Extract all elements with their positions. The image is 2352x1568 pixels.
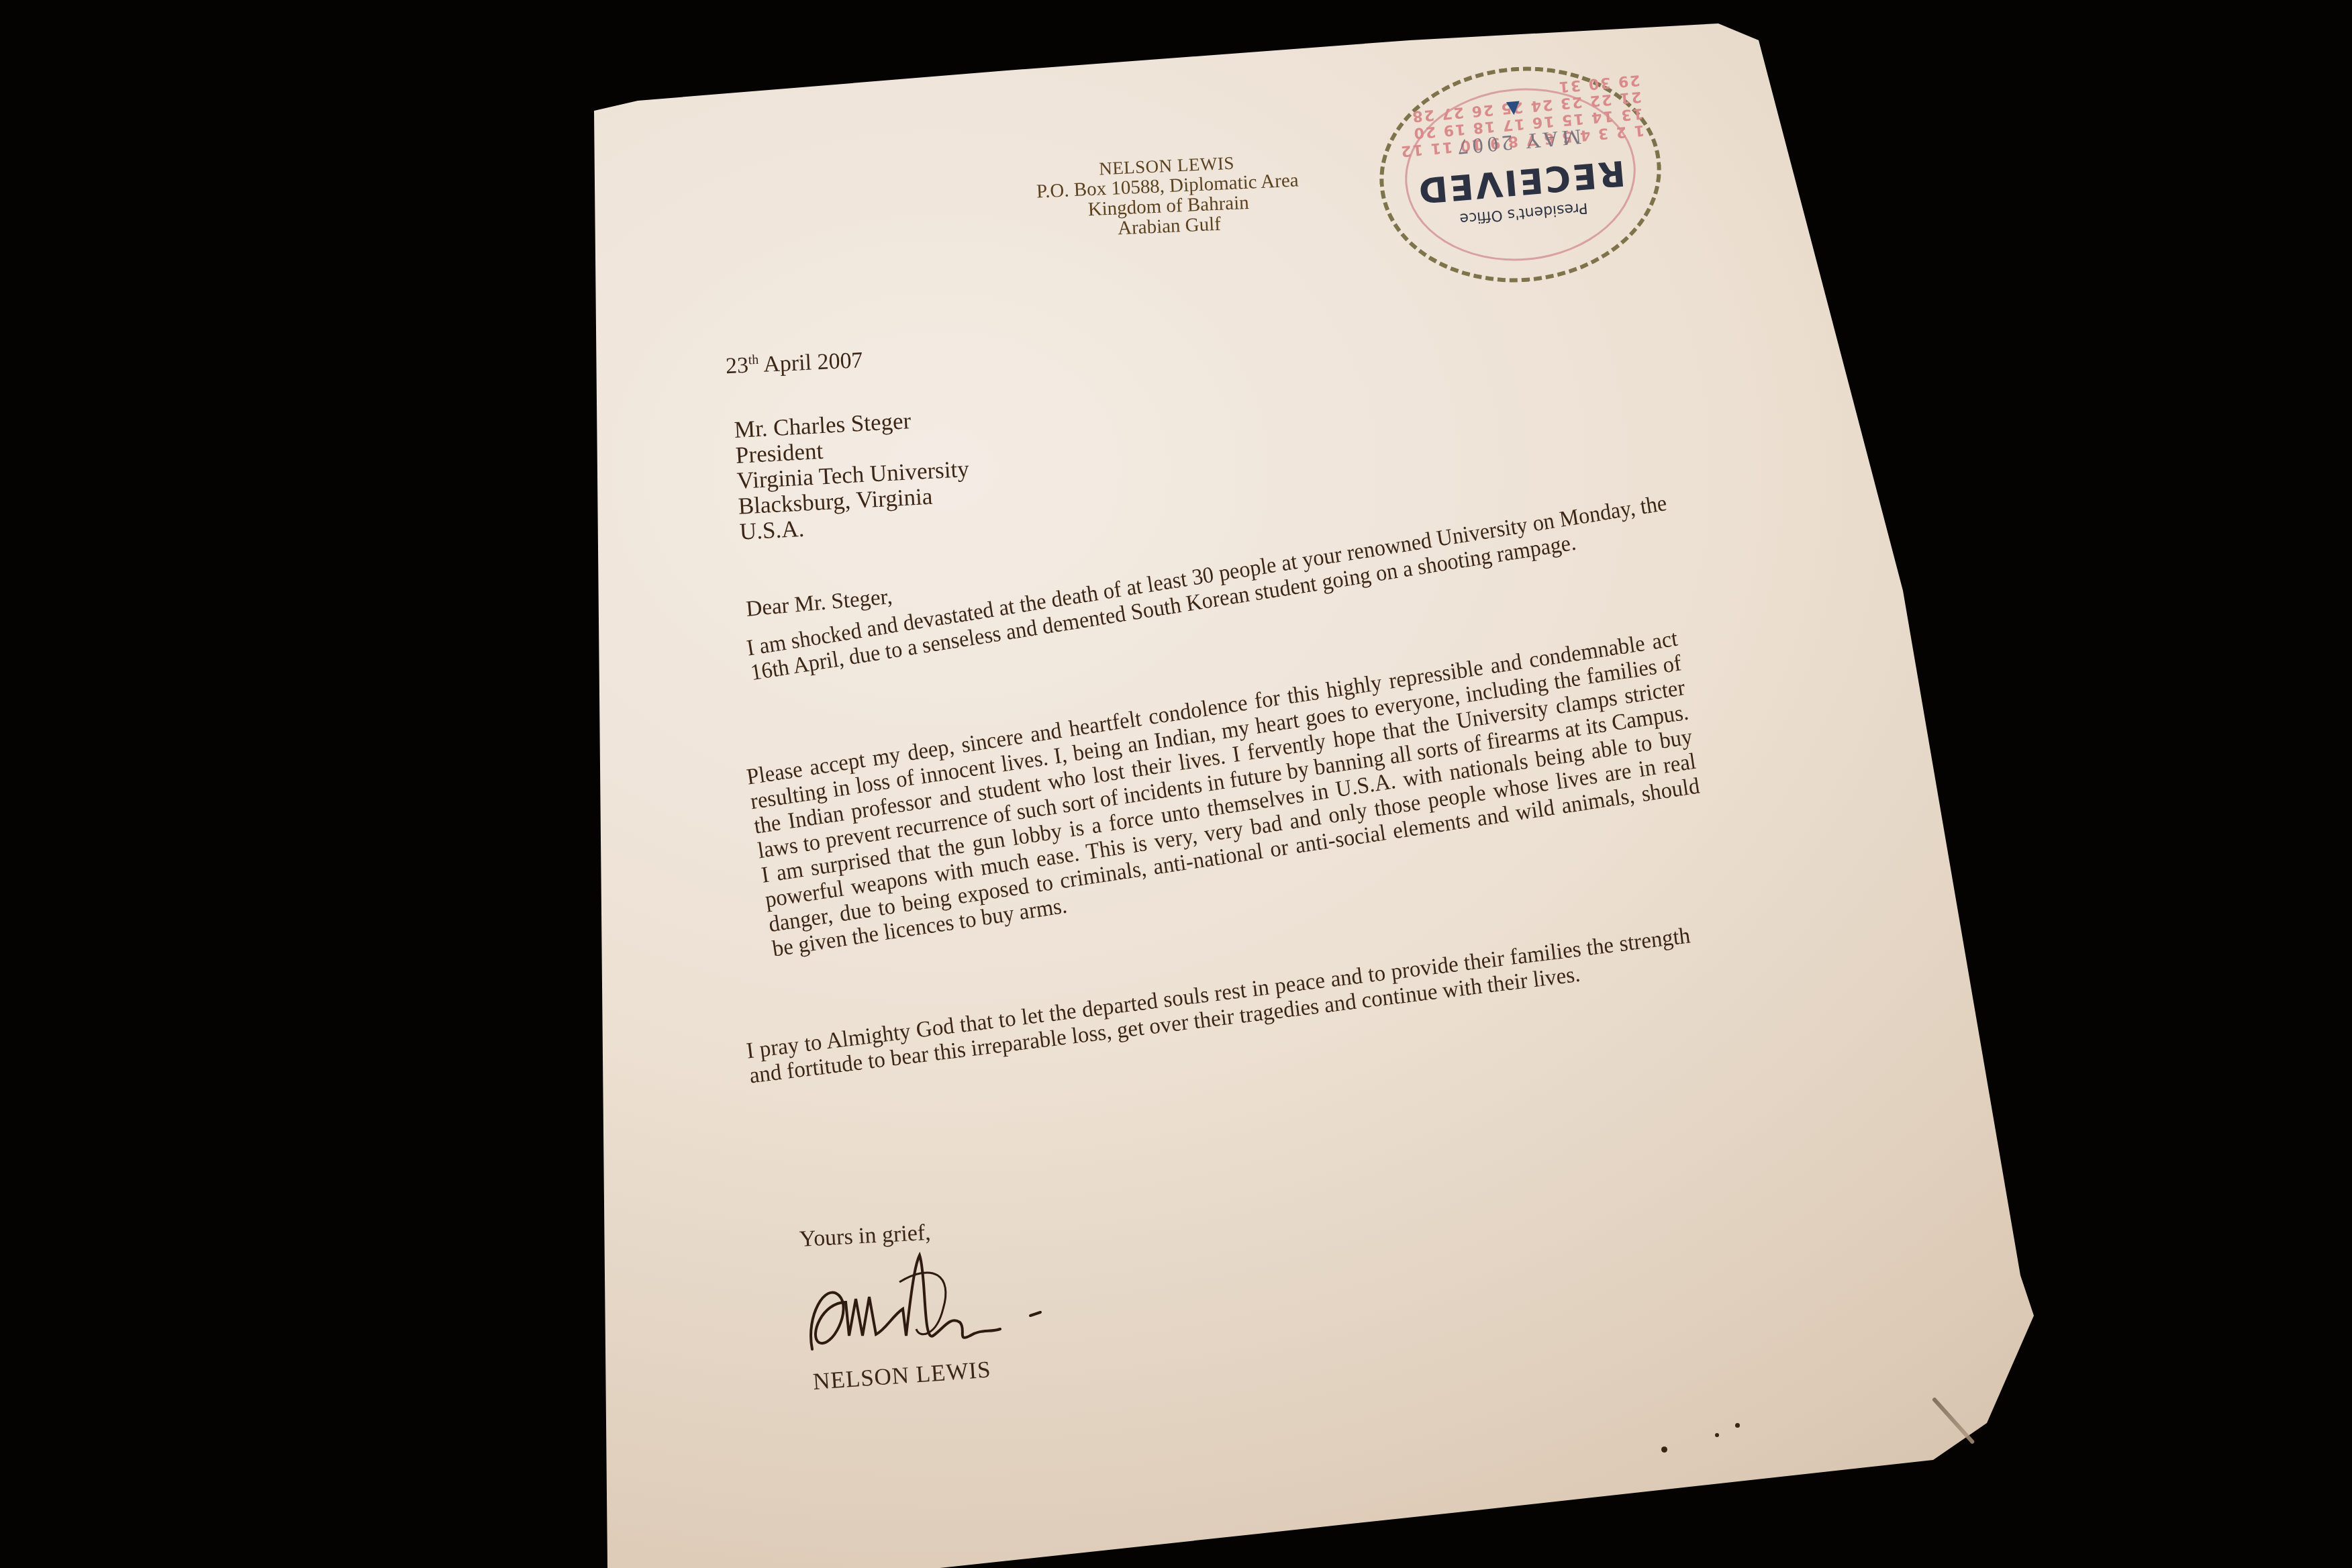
photo-scene: NELSON LEWIS P.O. Box 10588, Diplomatic … <box>0 0 2352 1568</box>
letter-date: 23th April 2007 <box>725 343 863 379</box>
ink-spot <box>1715 1433 1719 1437</box>
recipient-address: Mr. Charles Steger President Virginia Te… <box>734 405 973 545</box>
ink-spot <box>1661 1447 1667 1453</box>
date-suffix: th <box>748 352 759 368</box>
handwritten-signature <box>799 1235 1148 1369</box>
ink-spot <box>1735 1423 1740 1428</box>
date-day: 23 <box>725 353 749 379</box>
date-month-year: April 2007 <box>763 348 863 377</box>
stamp-arrow-icon: ▲ <box>1501 95 1526 122</box>
received-stamp: 1 2 3 4 5 6 7 8 9 10 11 12 13 14 15 16 1… <box>1371 55 1670 293</box>
